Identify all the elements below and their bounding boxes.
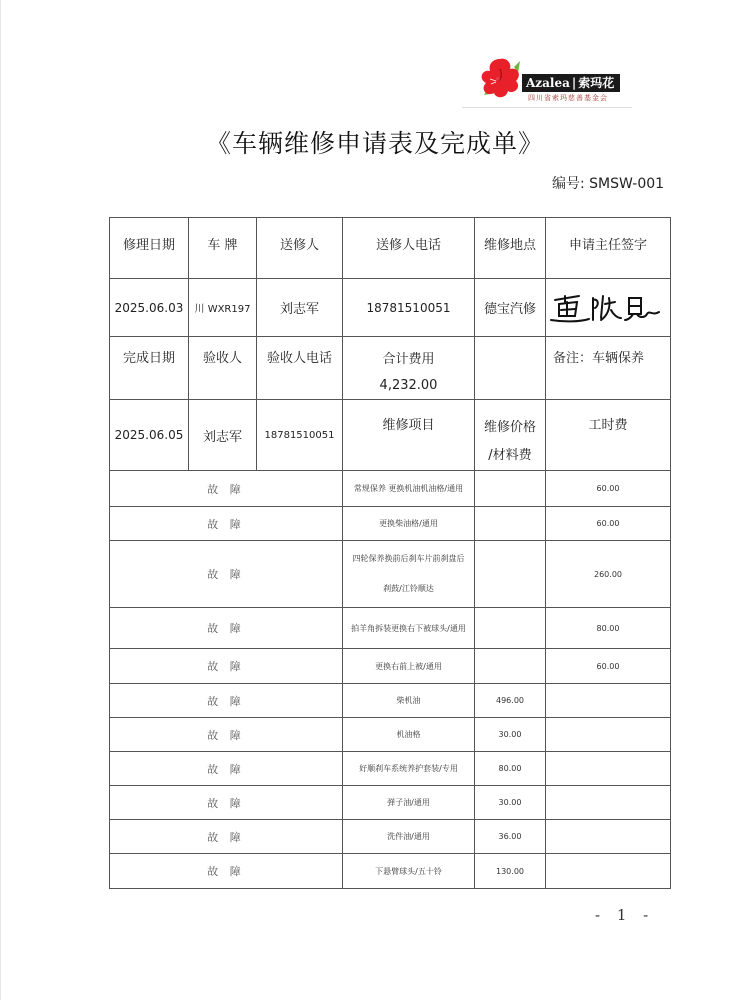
document-number: 编号: SMSW-001	[552, 173, 664, 193]
value-row-1: 2025.06.03 川 WXR197 刘志军 18781510051 德宝汽修	[110, 279, 671, 337]
item-price: 30.00	[475, 718, 546, 752]
sender-name: 刘志军	[257, 279, 343, 337]
fault-label: 故 障	[110, 684, 343, 718]
completion-date: 2025.06.05	[110, 400, 189, 471]
item-row: 故 障 弹子油/通用 30.00	[110, 786, 671, 820]
foundation-logo: Azalea|索玛花 四川省索玛慈善基金会	[476, 55, 636, 105]
item-labor	[546, 820, 671, 854]
labor-label: 工时费	[546, 400, 671, 471]
director-signature	[546, 279, 671, 337]
handwritten-signature-icon	[549, 288, 667, 328]
fault-label: 故 障	[110, 718, 343, 752]
item-description-line1: 四轮保养换前后刹车片前刹盘后	[343, 544, 474, 574]
inspector-name: 刘志军	[189, 400, 257, 471]
item-row: 故 障 常规保养 更换机油机油格/通用 60.00	[110, 471, 671, 507]
sender-phone: 18781510051	[343, 279, 475, 337]
inspector-label: 验收人	[189, 337, 257, 400]
item-row: 故 障 柴机油 496.00	[110, 684, 671, 718]
inspector-phone: 18781510051	[257, 400, 343, 471]
item-labor	[546, 684, 671, 718]
total-cost-value: 4,232.00	[343, 373, 474, 399]
item-labor: 80.00	[546, 608, 671, 649]
item-description: 拍羊角拆装更换右下被球头/通用	[343, 608, 475, 649]
item-description: 更换柴油格/通用	[343, 507, 475, 541]
fault-label: 故 障	[110, 649, 343, 684]
fault-label: 故 障	[110, 752, 343, 786]
plate-number: 川 WXR197	[189, 279, 257, 337]
price-label-cell: 维修价格 /材料费	[475, 400, 546, 471]
fault-label: 故 障	[110, 507, 343, 541]
sender-label: 送修人	[257, 218, 343, 279]
fault-label: 故 障	[110, 608, 343, 649]
azalea-flower-icon	[476, 55, 524, 103]
fault-label: 故 障	[110, 854, 343, 889]
logo-divider	[462, 107, 632, 108]
item-price: 30.00	[475, 786, 546, 820]
repair-date-label: 修理日期	[110, 218, 189, 279]
repair-form-table: 修理日期 车 牌 送修人 送修人电话 维修地点 申请主任签字 2025.06.0…	[109, 217, 671, 889]
item-description: 洗件油/通用	[343, 820, 475, 854]
item-row: 故 障 更换右前上被/通用 60.00	[110, 649, 671, 684]
item-description: 下悬臂球头/五十铃	[343, 854, 475, 889]
item-label: 维修项目	[343, 400, 475, 471]
item-price: 80.00	[475, 752, 546, 786]
inspector-phone-label: 验收人电话	[257, 337, 343, 400]
repair-date: 2025.06.03	[110, 279, 189, 337]
completion-date-label: 完成日期	[110, 337, 189, 400]
brand-en: Azalea	[526, 76, 570, 90]
item-labor	[546, 854, 671, 889]
item-description: 机油格	[343, 718, 475, 752]
header-row-2: 完成日期 验收人 验收人电话 合计费用 4,232.00 备注：车辆保养	[110, 337, 671, 400]
header-row-1: 修理日期 车 牌 送修人 送修人电话 维修地点 申请主任签字	[110, 218, 671, 279]
item-row: 故 障 拍羊角拆装更换右下被球头/通用 80.00	[110, 608, 671, 649]
item-labor	[546, 786, 671, 820]
remark: 备注：车辆保养	[546, 337, 671, 400]
item-labor: 60.00	[546, 471, 671, 507]
item-price	[475, 471, 546, 507]
item-labor: 60.00	[546, 649, 671, 684]
item-description-line2: 刹鼓/江铃顺达	[343, 574, 474, 604]
fault-label: 故 障	[110, 471, 343, 507]
item-row: 故 障 机油格 30.00	[110, 718, 671, 752]
total-cost-label: 合计费用	[343, 347, 474, 373]
fault-label: 故 障	[110, 786, 343, 820]
item-description: 弹子油/通用	[343, 786, 475, 820]
fault-label: 故 障	[110, 820, 343, 854]
item-labor: 260.00	[546, 541, 671, 608]
item-price	[475, 608, 546, 649]
total-cost-cell: 合计费用 4,232.00	[343, 337, 475, 400]
item-row: 故 障 更换柴油格/通用 60.00	[110, 507, 671, 541]
document-title: 《车辆维修申请表及完成单》	[0, 124, 750, 160]
brand-name: Azalea|索玛花	[522, 74, 620, 92]
fault-label: 故 障	[110, 541, 343, 608]
item-row: 故 障 四轮保养换前后刹车片前刹盘后 刹鼓/江铃顺达 260.00	[110, 541, 671, 608]
item-price: 130.00	[475, 854, 546, 889]
item-labor: 60.00	[546, 507, 671, 541]
item-price: 496.00	[475, 684, 546, 718]
item-description: 四轮保养换前后刹车片前刹盘后 刹鼓/江铃顺达	[343, 541, 475, 608]
plate-label: 车 牌	[189, 218, 257, 279]
price-label-line1: 维修价格	[475, 414, 545, 442]
item-description: 更换右前上被/通用	[343, 649, 475, 684]
item-row: 故 障 好顺刹车系统养护套装/专用 80.00	[110, 752, 671, 786]
value-row-2: 2025.06.05 刘志军 18781510051 维修项目 维修价格 /材料…	[110, 400, 671, 471]
item-row: 故 障 下悬臂球头/五十铃 130.00	[110, 854, 671, 889]
item-price	[475, 507, 546, 541]
item-description: 常规保养 更换机油机油格/通用	[343, 471, 475, 507]
empty-cell	[475, 337, 546, 400]
item-row: 故 障 洗件油/通用 36.00	[110, 820, 671, 854]
repair-location: 德宝汽修	[475, 279, 546, 337]
price-label-line2: /材料费	[475, 442, 545, 470]
item-labor	[546, 718, 671, 752]
foundation-name: 四川省索玛慈善基金会	[528, 93, 608, 103]
item-description: 好顺刹车系统养护套装/专用	[343, 752, 475, 786]
item-price	[475, 649, 546, 684]
page-number: - 1 -	[595, 906, 654, 924]
item-description: 柴机油	[343, 684, 475, 718]
director-signature-label: 申请主任签字	[546, 218, 671, 279]
repair-location-label: 维修地点	[475, 218, 546, 279]
sender-phone-label: 送修人电话	[343, 218, 475, 279]
brand-cn: 索玛花	[578, 76, 614, 90]
item-price	[475, 541, 546, 608]
item-labor	[546, 752, 671, 786]
item-price: 36.00	[475, 820, 546, 854]
